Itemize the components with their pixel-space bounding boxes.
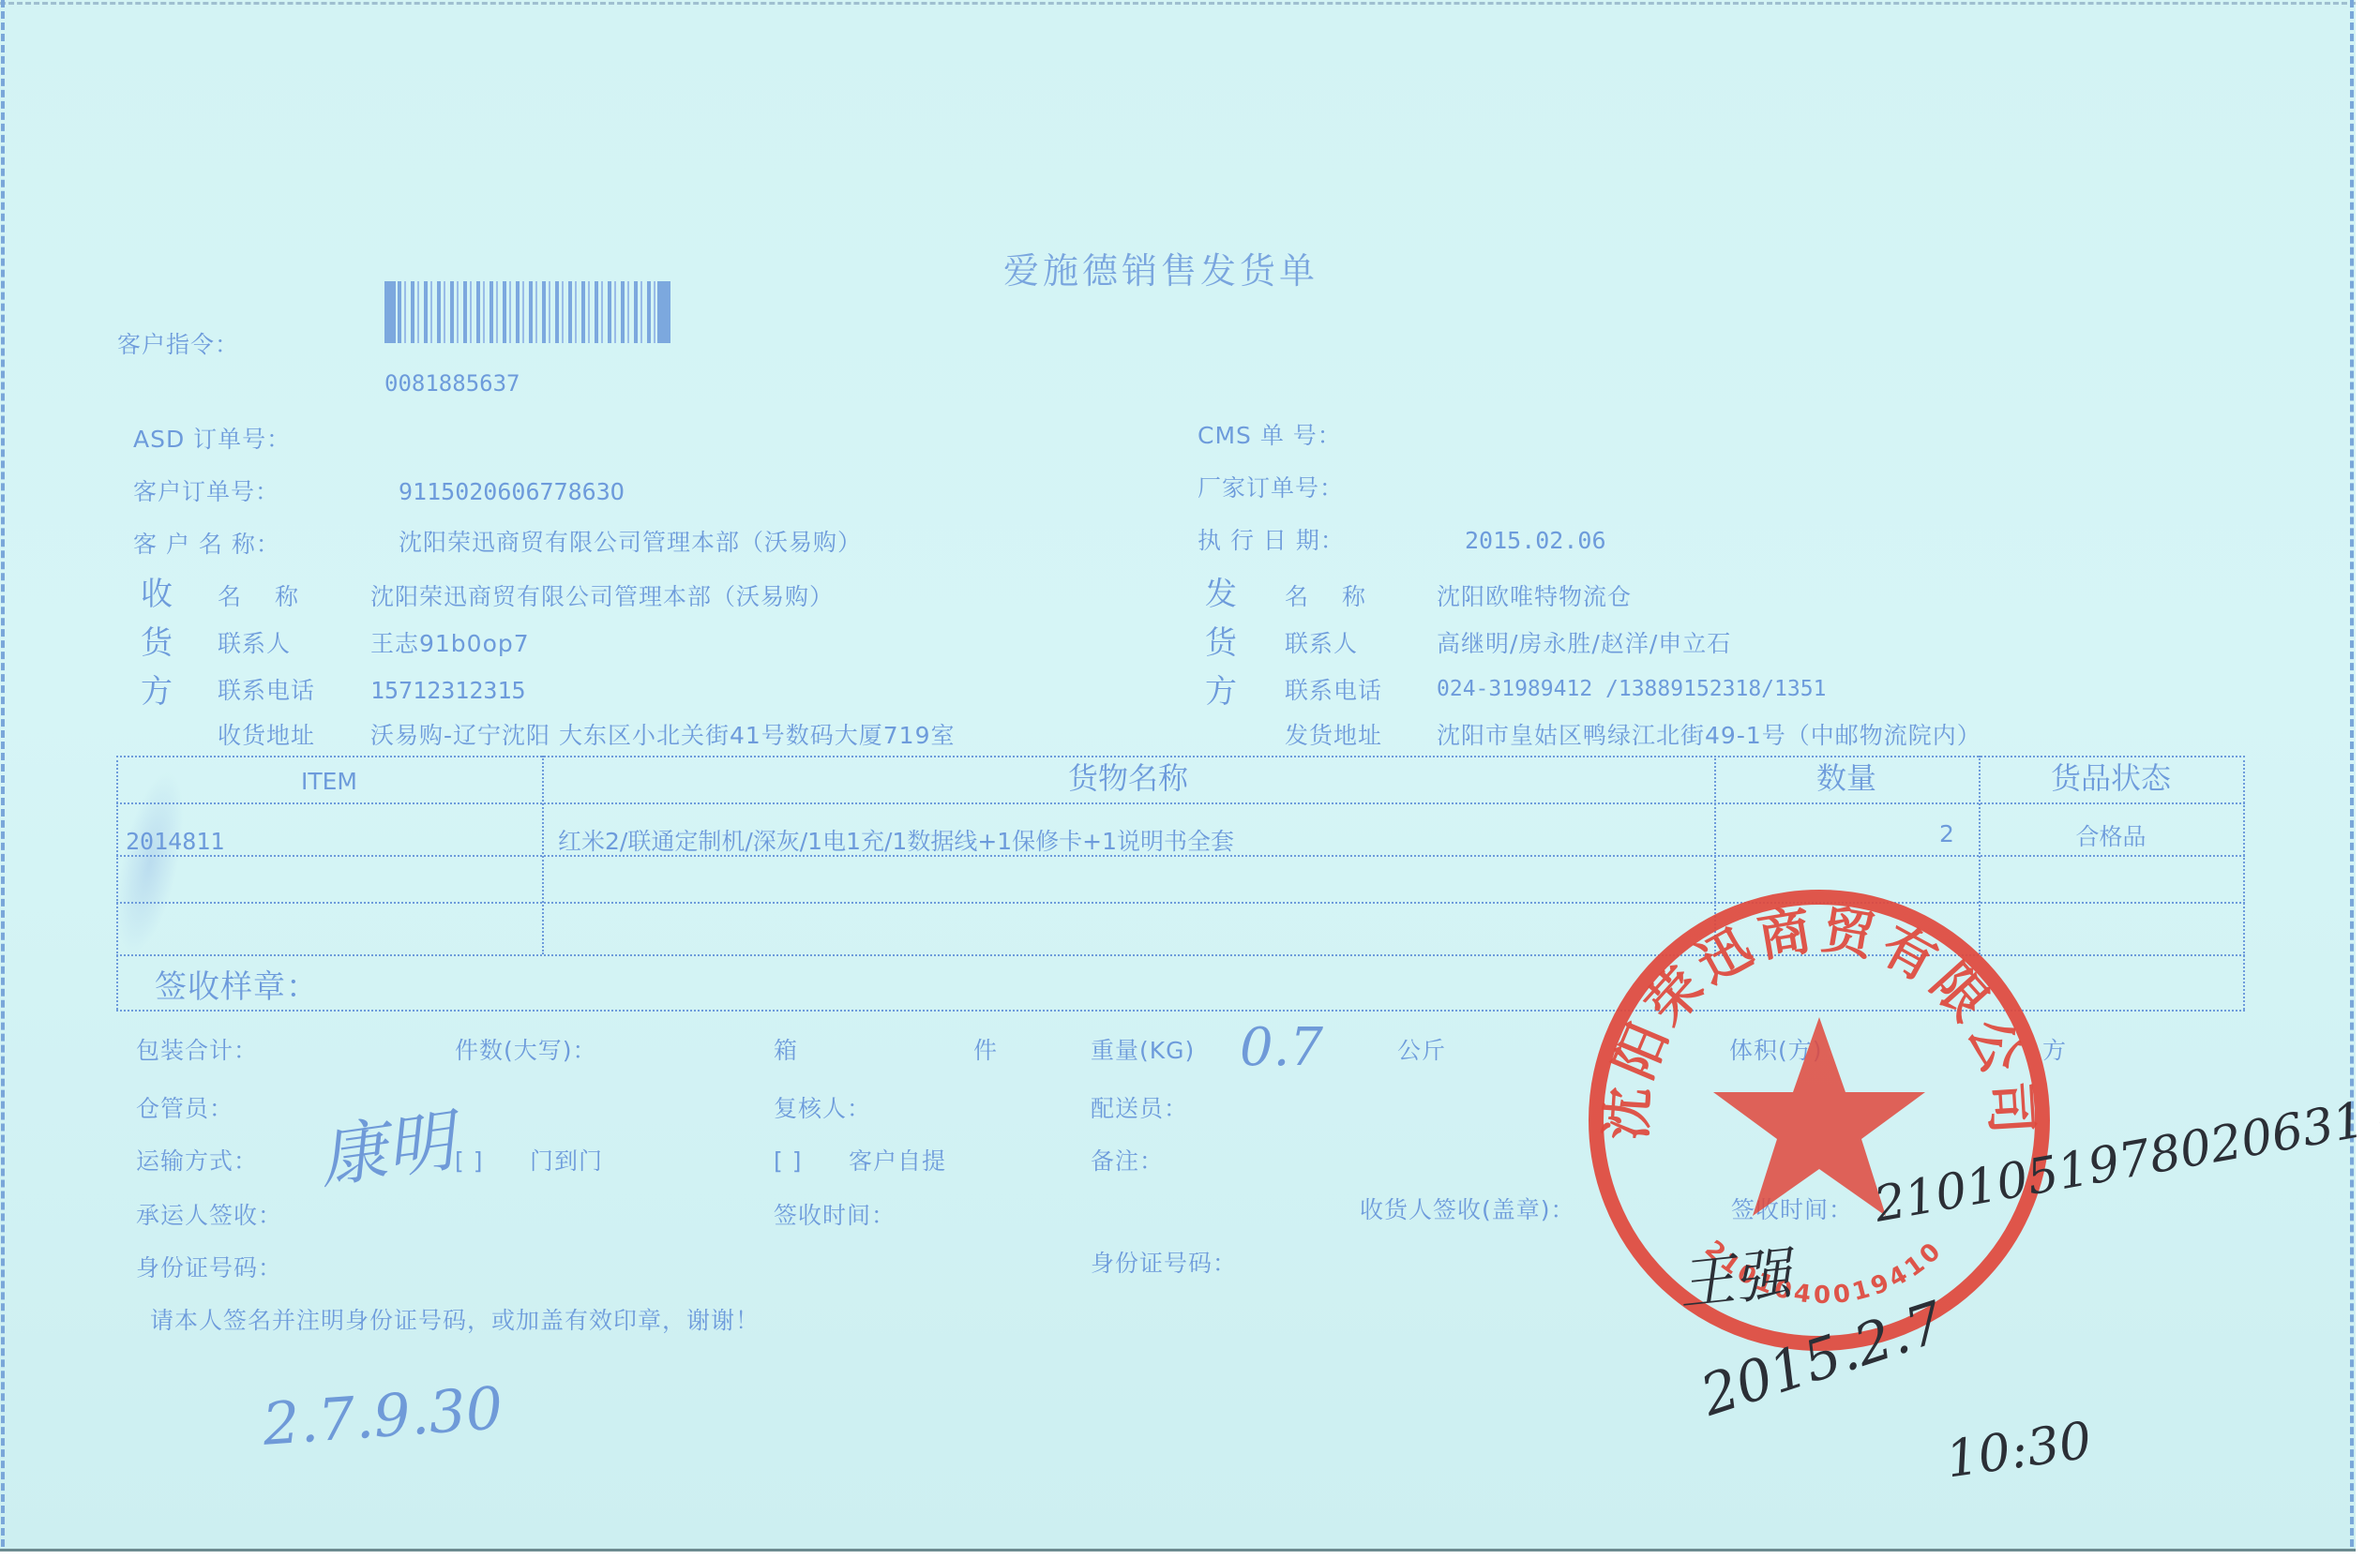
receiver-contact-value: 王志91b0op7 bbox=[370, 632, 530, 655]
shipper-phone-value: 024-31989412 /13889152318/1351 bbox=[1437, 679, 1826, 700]
door-to-door-label: 门到门 bbox=[530, 1149, 603, 1173]
receiver-phone-value: 15712312315 bbox=[370, 679, 526, 702]
warehouse-keeper-label: 仓管员： bbox=[136, 1097, 233, 1120]
row-status: 合格品 bbox=[2075, 825, 2146, 848]
cms-number-label: CMS 单 号： bbox=[1198, 424, 1342, 447]
perforation-right bbox=[2350, 0, 2354, 1547]
receiver-side-char-1: 收 bbox=[141, 578, 173, 610]
id-number-right-label: 身份证号码： bbox=[1091, 1252, 1237, 1275]
receive-time-handwritten: 10:30 bbox=[1943, 1415, 2095, 1485]
self-pickup-label: 客户自提 bbox=[849, 1149, 946, 1173]
receiver-phone-label: 联系电话 bbox=[218, 679, 315, 702]
consignee-sign-label: 收货人签收(盖章)： bbox=[1360, 1198, 1575, 1222]
shipper-phone-label: 联系电话 bbox=[1285, 679, 1382, 702]
perforation-top bbox=[0, 2, 2356, 5]
weight-unit: 公斤 bbox=[1397, 1039, 1446, 1062]
delivery-note-paper: 爱施德销售发货单 客户指令： 0081885637 ASD 订单号： 客户订单号… bbox=[0, 0, 2356, 1552]
receiver-address-value: 沃易购-辽宁沈阳 大东区小北关街41号数码大厦719室 bbox=[370, 724, 956, 747]
weight-label: 重量(KG) bbox=[1091, 1039, 1195, 1062]
shipper-name-label: 名 称 bbox=[1285, 585, 1378, 608]
row-quantity: 2 bbox=[1939, 822, 1954, 846]
self-pickup-checkbox[interactable]: [ ] bbox=[774, 1149, 802, 1173]
shipper-name-value: 沈阳欧唯特物流仓 bbox=[1437, 585, 1632, 608]
transport-method-label: 运输方式： bbox=[136, 1149, 258, 1173]
receiver-name-label: 名 称 bbox=[218, 585, 311, 608]
piece-label: 件 bbox=[973, 1039, 998, 1062]
customer-instruction-label: 客户指令： bbox=[117, 333, 239, 356]
column-header-quantity: 数量 bbox=[1816, 763, 1876, 793]
shipper-address-value: 沈阳市皇姑区鸭绿江北街49-1号（中邮物流院内） bbox=[1437, 724, 1981, 747]
receiver-name-value: 沈阳荣迅商贸有限公司管理本部（沃易购） bbox=[370, 585, 834, 608]
row-goods-name: 红米2/联通定制机/深灰/1电1充/1数据线+1保修卡+1说明书全套 bbox=[558, 830, 1234, 853]
customer-name-value: 沈阳荣迅商贸有限公司管理本部（沃易购） bbox=[399, 531, 862, 554]
pieces-upper-label: 件数(大写)： bbox=[455, 1039, 597, 1062]
sign-time-left-label: 签收时间： bbox=[774, 1204, 896, 1227]
shipper-address-label: 发货地址 bbox=[1285, 724, 1382, 747]
column-header-item: ITEM bbox=[301, 770, 357, 793]
column-header-status: 货品状态 bbox=[2051, 763, 2171, 793]
shipper-contact-label: 联系人 bbox=[1285, 632, 1358, 655]
barcode-icon bbox=[384, 281, 670, 343]
package-total-label: 包装合计： bbox=[136, 1039, 258, 1062]
exec-date-label: 执 行 日 期： bbox=[1198, 529, 1345, 552]
remarks-label: 备注： bbox=[1091, 1149, 1164, 1173]
exec-date-value: 2015.02.06 bbox=[1465, 529, 1606, 552]
barcode-number: 0081885637 bbox=[384, 372, 520, 395]
id-number-left-label: 身份证号码： bbox=[136, 1256, 282, 1280]
document-title: 爱施德销售发货单 bbox=[1003, 253, 1318, 289]
shipper-contact-value: 高继明/房永胜/赵洋/申立石 bbox=[1437, 632, 1731, 655]
column-header-goods-name: 货物名称 bbox=[1068, 763, 1188, 793]
sign-stamp-label: 签收样章： bbox=[155, 971, 319, 1003]
customer-order-label: 客户订单号： bbox=[133, 480, 279, 503]
door-to-door-checkbox[interactable]: [ ] bbox=[455, 1149, 483, 1173]
box-label: 箱 bbox=[774, 1039, 798, 1062]
carrier-signature: 康明 bbox=[315, 1106, 459, 1192]
weight-value: 0.7 bbox=[1240, 1022, 1323, 1074]
receiver-side-char-2: 货 bbox=[141, 627, 173, 659]
asd-order-label: ASD 订单号： bbox=[133, 427, 291, 451]
carrier-sign-label: 承运人签收： bbox=[136, 1204, 282, 1227]
carrier-time-handwritten: 2.7.9.30 bbox=[261, 1379, 505, 1454]
customer-name-label: 客 户 名 称： bbox=[133, 532, 280, 556]
reviewer-label: 复核人： bbox=[774, 1097, 871, 1120]
company-seal-stamp: 沈阳荣迅商贸有限公司 2101040019410 bbox=[1580, 881, 2058, 1359]
customer-order-value: 911502060677863O bbox=[399, 480, 625, 503]
factory-order-label: 厂家订单号： bbox=[1198, 476, 1344, 500]
shipper-side-char-3: 方 bbox=[1205, 676, 1238, 708]
receiver-contact-label: 联系人 bbox=[218, 632, 291, 655]
consignee-signature: 王强 bbox=[1676, 1246, 1794, 1313]
receiver-side-char-3: 方 bbox=[141, 676, 173, 708]
shipper-side-char-1: 发 bbox=[1205, 578, 1238, 610]
shipper-side-char-2: 货 bbox=[1205, 627, 1238, 659]
delivery-person-label: 配送员： bbox=[1091, 1097, 1188, 1120]
perforation-left bbox=[1, 0, 5, 1547]
receiver-address-label: 收货地址 bbox=[218, 724, 315, 747]
signature-notice: 请本人签名并注明身份证号码，或加盖有效印章，谢谢！ bbox=[150, 1309, 760, 1332]
